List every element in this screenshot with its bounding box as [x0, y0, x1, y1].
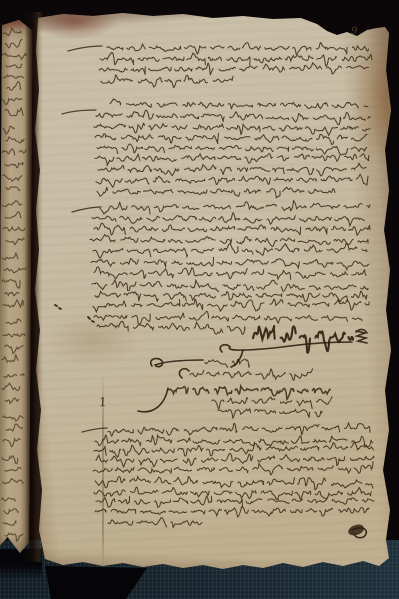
manuscript-page	[33, 10, 393, 585]
book-gutter-shadow	[25, 12, 43, 562]
manuscript-photo: 9 1	[0, 0, 399, 599]
page-number: 9	[351, 26, 357, 37]
